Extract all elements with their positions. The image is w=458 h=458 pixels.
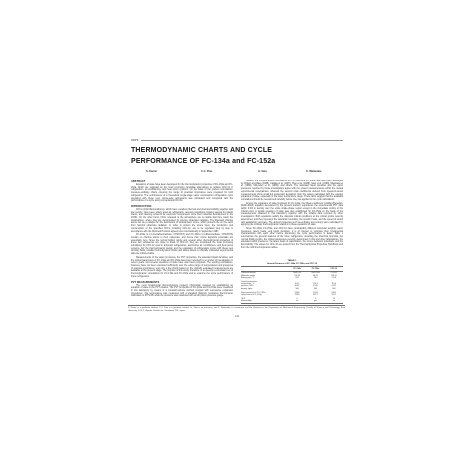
table-caption: General Features of FC-134a, FC-152a, an… (241, 263, 343, 266)
author-name: S. Kamei (146, 170, 157, 173)
table-row: Flammabilitynoyesno (241, 300, 343, 302)
table-cell: -29.8 (325, 277, 343, 279)
table-row-group: Critical parameters:temperature, °C101.1… (241, 281, 343, 290)
table-cell: 508 (288, 288, 306, 290)
table-row-group: Chemical formulaCH2FCF3CHF2CH3CCl2F2Mole… (241, 272, 343, 279)
page-header: 3375 (131, 139, 343, 142)
table-row-stub: density, kg/m³ (241, 288, 288, 290)
table-1: TABLE 1 General Features of FC-134a, FC-… (241, 260, 343, 304)
left-column: ABSTRACT Equations of state have been de… (131, 180, 233, 304)
table-row-stub: Flammability (241, 300, 288, 302)
paper-number: 3375 (131, 139, 138, 142)
page-number: 141 (131, 315, 343, 318)
header-rule (141, 140, 343, 141)
scanned-paper-page: 3375 THERMODYNAMIC CHARTS AND CYCLE PERF… (0, 0, 458, 458)
pvt-heading: PVT MEASUREMENTS (131, 281, 233, 284)
table-cell: -26.1 (288, 277, 306, 279)
right-column: relation, the comprehensive correlations… (241, 180, 343, 304)
table-cell: yes (306, 300, 324, 302)
table-row: Boiling point, °C-26.1-24.0-29.8 (241, 277, 343, 279)
body-paragraph: relation, the comprehensive correlations… (241, 180, 343, 202)
table-cell: 151.5 (325, 294, 343, 296)
intro-paragraph: FC-134a (1,1,1,2-tetrafluoroethane, CH2F… (131, 234, 233, 256)
intro-paragraph: Measurements of the vapor pressures, the… (131, 257, 233, 279)
paper-title: THERMODYNAMIC CHARTS AND CYCLE PERFORMAN… (131, 146, 311, 167)
paper-title-line1: THERMODYNAMIC CHARTS AND CYCLE (131, 146, 311, 157)
table-cell: -24.0 (306, 277, 324, 279)
table-cell: 558 (325, 288, 343, 290)
table-body: Chemical formulaCH2FCF3CHF2CH3CCl2F2Mole… (241, 272, 343, 304)
table-bottom-rule (241, 303, 343, 304)
table-column-header: FC-152a (306, 268, 324, 270)
table-column-header: FC-134a (288, 268, 306, 270)
author-affiliation-footnote: S. Kamei is a graduate student, C.C. Pia… (128, 307, 345, 312)
abstract-heading: ABSTRACT (131, 180, 233, 183)
author-row: S. Kamei C.C. Piao H. Sato K. Watanabe (131, 170, 343, 175)
table-cell: 198.6 (288, 294, 306, 296)
table-row-group: Vapor pressure at 25°C, MPa0.6660.5960.6… (241, 292, 343, 297)
introduction-heading: INTRODUCTION (131, 205, 233, 208)
pvt-text: The most fundamental thermodynamic prope… (131, 285, 233, 299)
table-cell: 307.1 (306, 294, 324, 296)
author-name: K. Watanabe (306, 170, 321, 173)
table-column-header: CFC-12 (325, 268, 343, 270)
footer-rule (128, 305, 345, 306)
right-column-text: relation, the comprehensive correlations… (241, 180, 343, 258)
table-row-stub: Latent heat at 0°C, kJ/kg (241, 294, 288, 296)
body-paragraph: Among the equations of state proposed fo… (241, 203, 343, 227)
intro-paragraph: CFCs (chlorofluorocarbons), which have e… (131, 209, 233, 233)
table-row-group: ODP001.0Flammabilitynoyesno (241, 298, 343, 303)
body-columns: ABSTRACT Equations of state have been de… (131, 180, 343, 304)
table-row: Latent heat at 0°C, kJ/kg198.6307.1151.5 (241, 294, 343, 296)
author-name: H. Sato (258, 170, 267, 173)
abstract-text: Equations of state have been developed f… (131, 184, 233, 203)
table-row: density, kg/m³508365558 (241, 288, 343, 290)
table-row-stub: Boiling point, °C (241, 277, 288, 279)
table-cell: no (288, 300, 306, 302)
body-paragraph: Since FC-134a, FC-152a, and CFC-12 have … (241, 228, 343, 250)
author-name: C.C. Piao (201, 170, 212, 173)
table-corner-cell (241, 268, 288, 270)
paper-title-line2: PERFORMANCE OF FC-134a and FC-152a (131, 157, 311, 168)
table-cell: 365 (306, 288, 324, 290)
table-cell: no (325, 300, 343, 302)
